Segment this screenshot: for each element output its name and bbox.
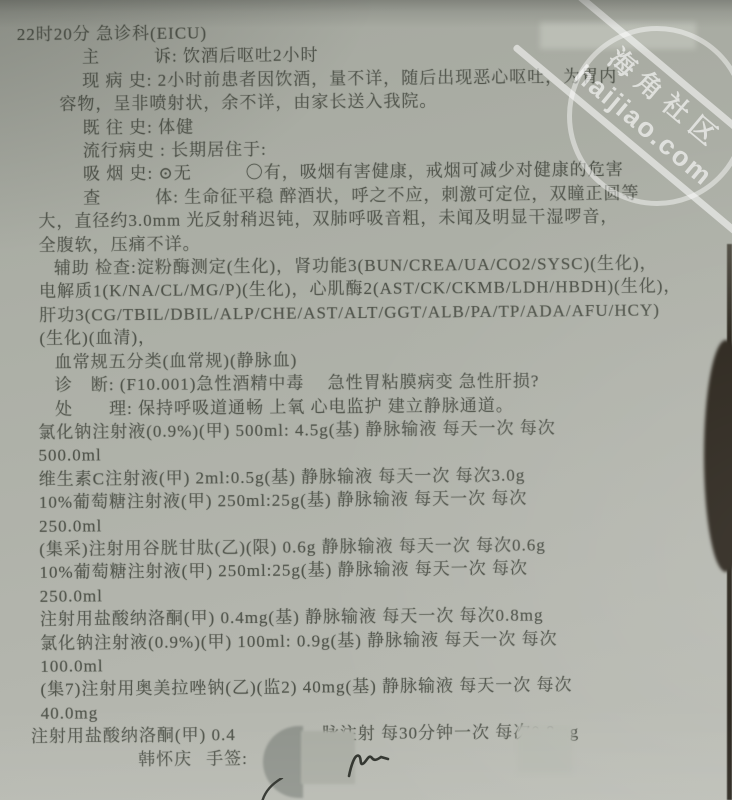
signature-row: 韩怀庆 手签: <box>138 742 732 771</box>
erased-area-top <box>540 22 696 49</box>
redaction-patch-signature <box>518 725 572 773</box>
document-photo: 22时20分 急诊科(EICU) 主 诉: 饮酒后呕吐2小时现 病 史: 2小时… <box>0 0 732 800</box>
sign-label: 手签: <box>206 747 248 771</box>
pen-stroke-icon <box>256 778 288 800</box>
handwritten-signature-icon <box>344 740 396 782</box>
last-order-prefix: 注射用盐酸纳洛酮(甲) 0.4 <box>31 723 236 748</box>
medical-record: 22时20分 急诊科(EICU) 主 诉: 饮酒后呕吐2小时现 病 史: 2小时… <box>0 0 732 800</box>
document-lines: 主 诉: 饮酒后呕吐2小时现 病 史: 2小时前患者因饮酒，量不详，随后出现恶心… <box>0 40 732 725</box>
signer-name: 韩怀庆 <box>138 747 192 771</box>
